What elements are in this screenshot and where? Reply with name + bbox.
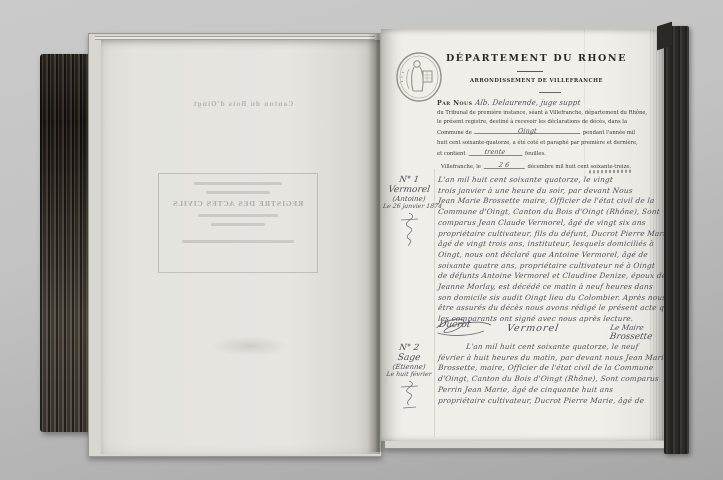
department-heading: DÉPARTEMENT DU RHONE [421,53,652,64]
bleedthrough-line [198,214,278,217]
page-fold-line [584,29,585,179]
handwritten-line: L'an mil huit cent soixante quatorze, le… [437,175,661,186]
signature-declarant: Ducrot [438,320,471,330]
date-day-handwritten: 2 6 [498,161,510,171]
paraph-flourish-icon [391,379,427,409]
bleedthrough-canton-text: Canton du Bois d'Oingt [187,101,299,108]
paper-smudge [211,336,289,356]
annee-label: pendant l'année mil [583,129,635,139]
handwritten-line: propriétaire cultivateur, fils du défunt… [437,229,661,240]
handwritten-line: âgé de vingt trois ans, instituteur, les… [437,239,661,250]
preamble-line: huit cent soixante-quatorze, a été coté … [437,139,635,149]
judge-handwritten-name: Alb. Delaurende, juge suppt [474,98,581,108]
act-number: N° 2 [382,343,435,353]
paraph-flourish-icon [391,211,427,247]
bleedthrough-register-title: REGISTRE DES ACTES CIVILS [172,200,303,208]
date-blank-rule: 2 6 [484,162,525,169]
handwritten-line: son domicile sis audit Oingt lieu du Col… [437,293,661,304]
deceased-forename: (Etienne) [382,363,435,371]
handwritten-line: trois janvier à une heure du soir, par d… [437,186,661,197]
commune-handwritten: Oingt [517,127,537,137]
preamble-line: Par Nous Alb. Delaurende, juge suppt [437,98,635,109]
commune-label: Commune de [437,129,472,139]
handwritten-line: L'an mil huit cent soixante quatorze, le… [437,342,661,353]
bleedthrough-title-box: REGISTRE DES ACTES CIVILS [158,173,318,273]
handwritten-line: Perrin Jean Marie, âgé de cinquante huit… [437,385,661,396]
act-number: N° 1 [382,175,435,185]
printed-preamble: Par Nous Alb. Delaurende, juge suppt du … [437,98,650,173]
heading-divider [539,92,561,93]
bleedthrough-line [206,191,270,194]
handwritten-line: Commune d'Oingt, Canton du Bois d'Oingt … [437,207,661,218]
arrondissement-heading: ARRONDISSEMENT DE VILLEFRANCHE [421,78,652,84]
handwritten-line: février à huit heures du matin, par deva… [437,353,661,364]
feuilles-label: feuilles. [525,150,546,160]
mayor-title: Le Maire [592,323,661,332]
feuilles-blank-rule: trente [468,149,522,156]
act-date: Le 26 janvier 1874 [383,203,436,210]
handwritten-line: être assurés du décès nous avons rédigé … [437,303,661,314]
signature-mayor: Le Maire Brossette [593,323,661,342]
handwritten-line: propriétaire cultivateur, Ducrot Pierre … [437,396,661,407]
bleedthrough-line [194,182,282,185]
handwritten-line: Brossette, maire, Officier de l'état civ… [437,363,661,374]
handwritten-line: comparus Jean Claude Vermorel, âgé de vi… [437,218,661,229]
handwritten-line: Oingt, nous ont déclaré que Antoine Verm… [437,250,661,261]
deceased-forename: (Antoine) [382,195,435,203]
preamble-line: Commune de Oingt pendant l'année mil [437,128,635,139]
commune-blank-rule: Oingt [475,128,580,134]
par-nous-label: Par Nous [437,99,472,109]
act-date: Le huit février [383,371,436,378]
handwritten-line: Jean Marie Brossette maire, Officier de … [437,196,661,207]
handwritten-line: Jeanne Morlay, est décédé ce matin à neu… [437,282,661,293]
handwritten-line: d'Oingt, Canton du Bois d'Oingt (Rhône),… [437,374,661,385]
left-blank-page: Canton du Bois d'Oingt REGISTRE DES ACTE… [101,40,380,454]
signature-witness: Vermorel [506,323,560,334]
contient-label: et contient [437,150,465,160]
preamble-line: et contient trente feuilles. [437,149,635,160]
deceased-surname: Sage [382,353,435,363]
register-page: DÉPARTEMENT DU RHONE ARRONDISSEMENT DE V… [381,29,666,441]
bleedthrough-line [211,223,265,226]
death-act-2: L'an mil huit cent soixante quatorze, le… [438,342,661,406]
mayor-name: Brossette [600,332,662,342]
feuilles-handwritten: trente [484,148,506,158]
heading-divider [517,71,543,72]
date-place-label: Villefranche, le [441,163,481,173]
signature-name: Ducrot [438,320,471,330]
margin-note-act-2: N° 2 Sage (Etienne) Le huit février [383,343,435,413]
bleedthrough-line [182,240,294,243]
preamble-line: du Tribunal de première instance, séant … [437,109,635,119]
death-act-1: L'an mil huit cent soixante quatorze, le… [438,175,661,325]
deceased-surname: Vermorel [382,185,435,195]
book-cover-edge [664,26,689,454]
margin-note-act-1: N° 1 Vermorel (Antoine) Le 26 janvier 18… [383,175,435,251]
handwritten-line: soixante quatre ans, propriétaire cultiv… [437,261,661,272]
handwritten-line: de défunts Antoine Vermorel et Claudine … [437,271,661,282]
